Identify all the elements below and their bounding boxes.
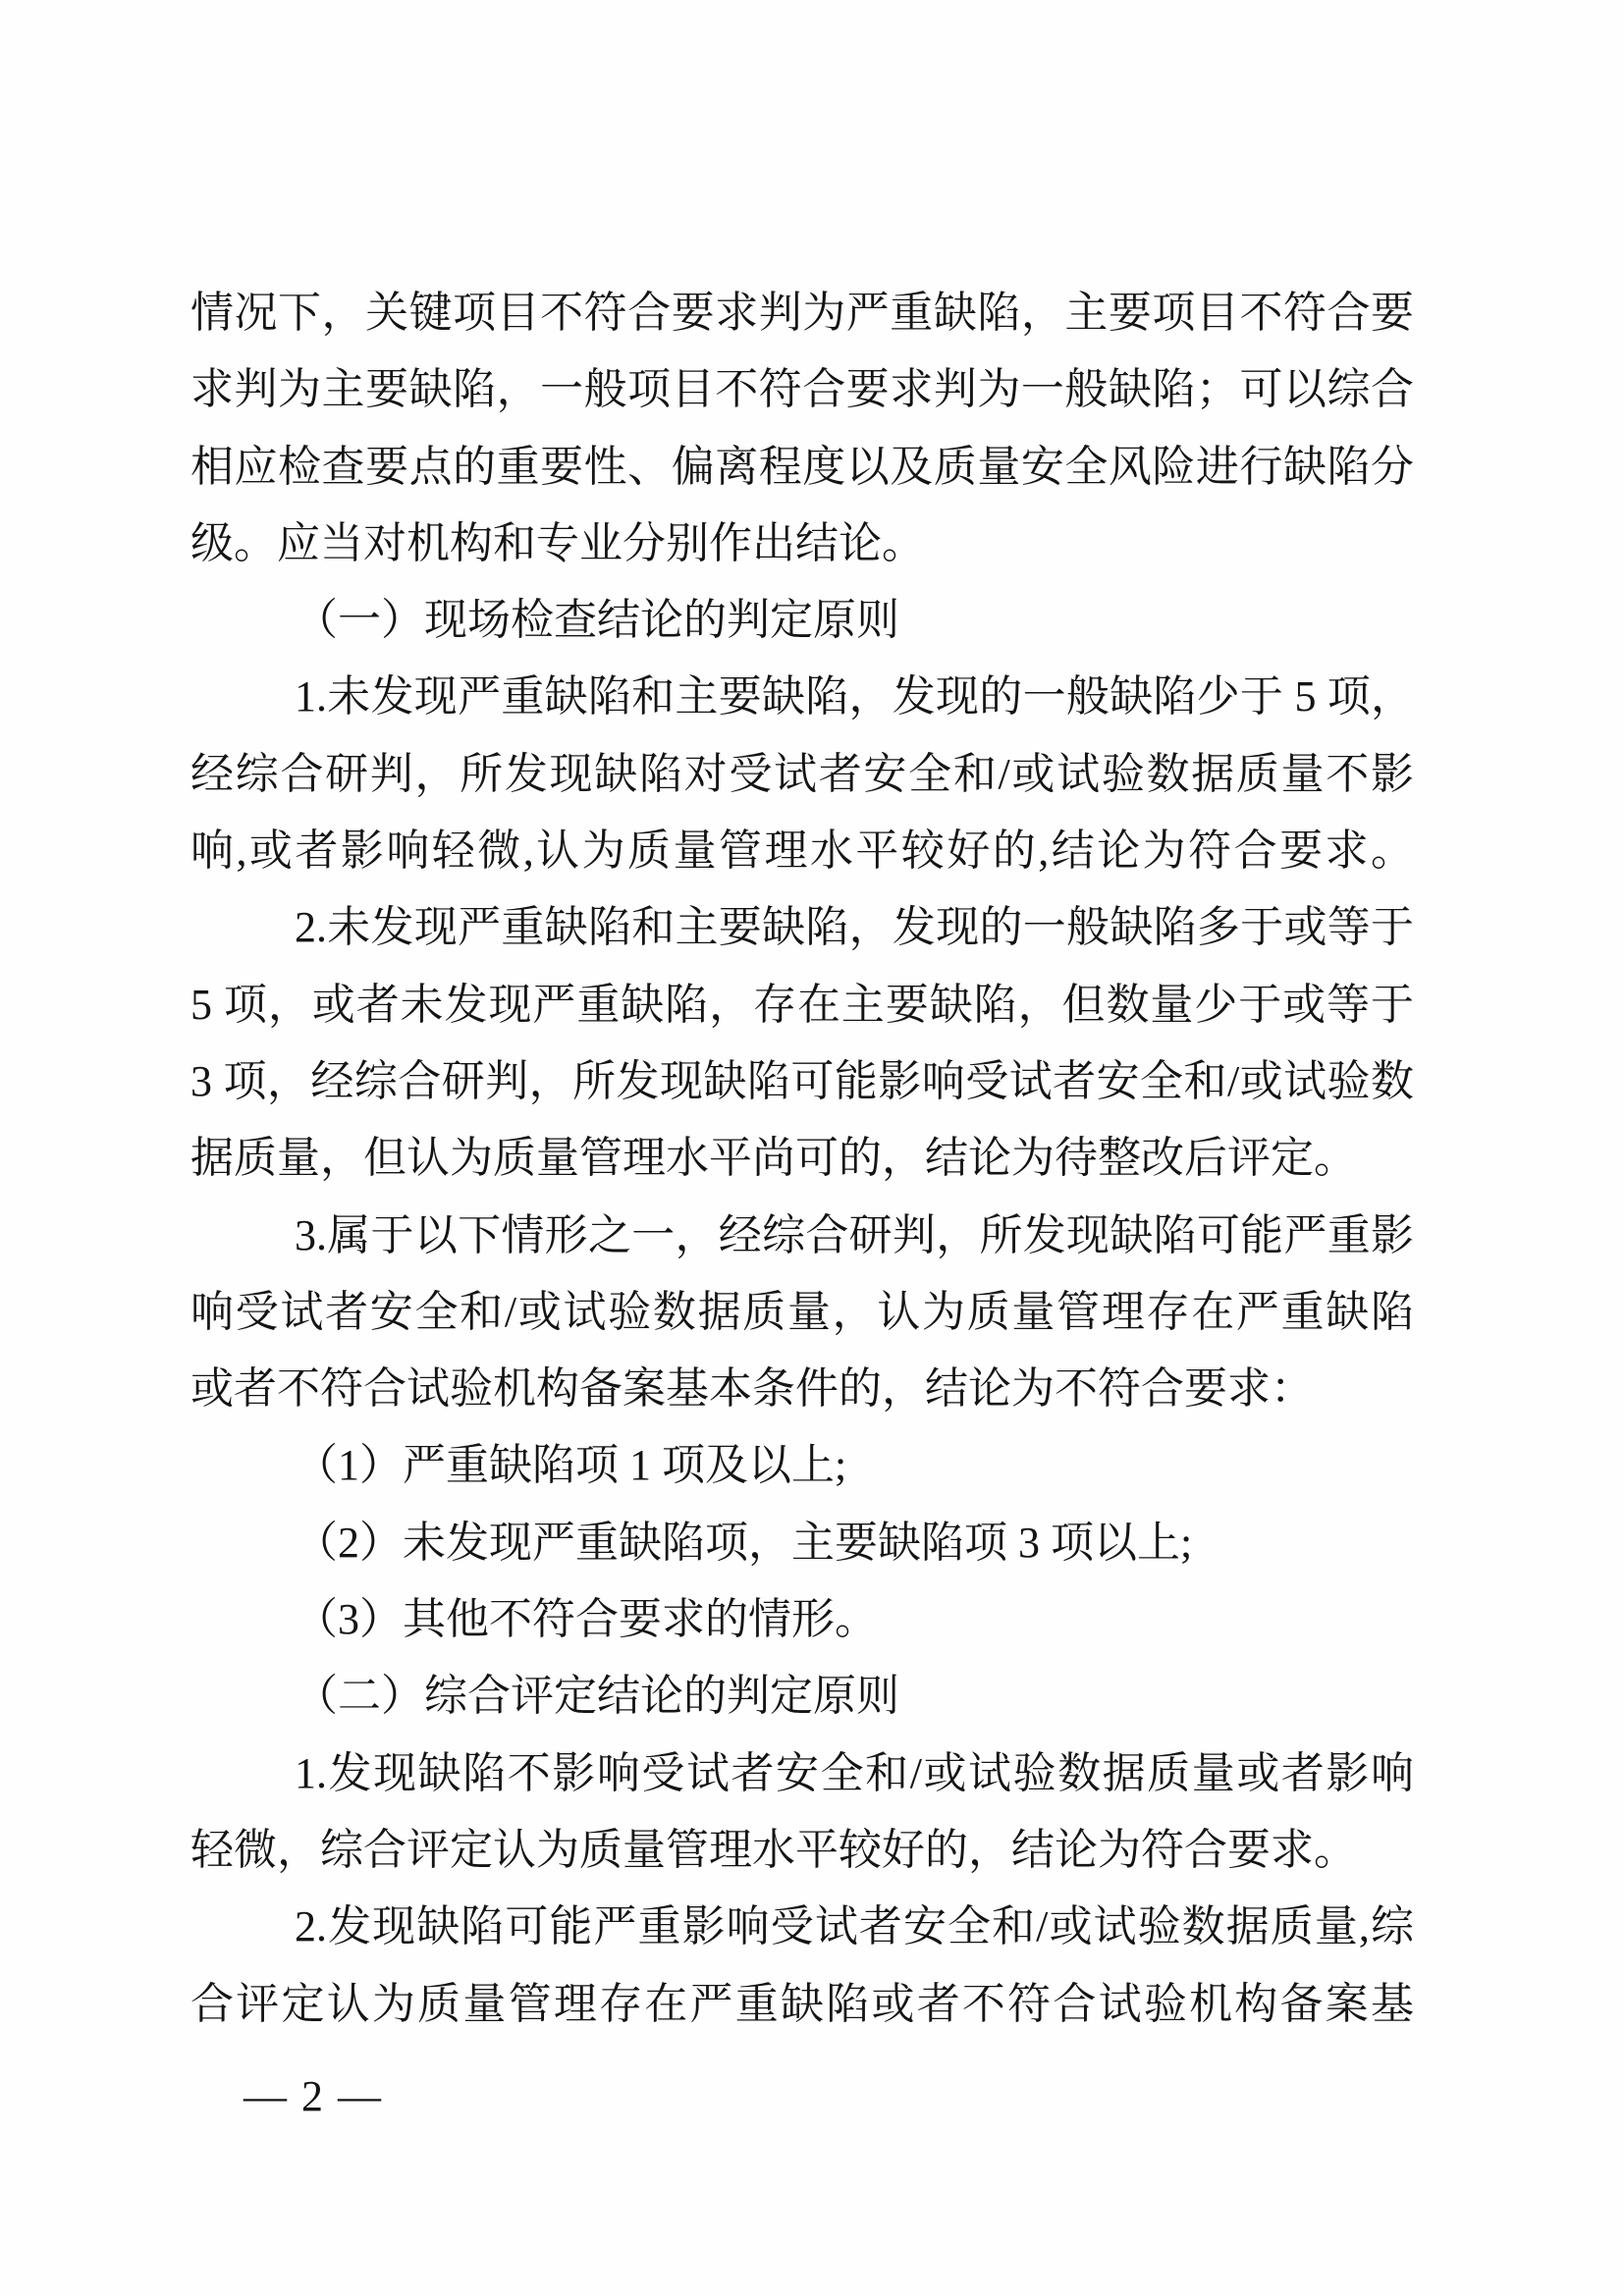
list-item: （3）其他不符合要求的情形。 bbox=[190, 1581, 1414, 1658]
text-line: 3 项，经综合研判，所发现缺陷可能影响受试者安全和/或试验数 bbox=[190, 1043, 1414, 1120]
text-line: 1.未发现严重缺陷和主要缺陷，发现的一般缺陷少于 5 项， bbox=[190, 659, 1414, 735]
section-heading: （一）现场检查结论的判定原则 bbox=[190, 582, 1414, 659]
text-line: 相应检查要点的重要性、偏离程度以及质量安全风险进行缺陷分 bbox=[190, 429, 1414, 506]
text-line: 1.发现缺陷不影响受试者安全和/或试验数据质量或者影响 bbox=[190, 1735, 1414, 1812]
page-number: — 2 — bbox=[244, 2067, 383, 2126]
section-heading: （二）综合评定结论的判定原则 bbox=[190, 1658, 1414, 1735]
document-body: 情况下，关键项目不符合要求判为严重缺陷，主要项目不符合要 求判为主要缺陷，一般项… bbox=[190, 275, 1414, 2043]
text-line: 5 项，或者未发现严重缺陷，存在主要缺陷，但数量少于或等于 bbox=[190, 967, 1414, 1043]
text-line: 2.未发现严重缺陷和主要缺陷，发现的一般缺陷多于或等于 bbox=[190, 889, 1414, 966]
text-line: 响,或者影响轻微,认为质量管理水平较好的,结论为符合要求。 bbox=[190, 813, 1414, 889]
document-page: 情况下，关键项目不符合要求判为严重缺陷，主要项目不符合要 求判为主要缺陷，一般项… bbox=[0, 0, 1624, 2296]
text-line: 或者不符合试验机构备案基本条件的，结论为不符合要求： bbox=[190, 1351, 1414, 1427]
text-line: 合评定认为质量管理存在严重缺陷或者不符合试验机构备案基 bbox=[190, 1966, 1414, 2043]
text-line: 2.发现缺陷可能严重影响受试者安全和/或试验数据质量,综 bbox=[190, 1889, 1414, 1965]
text-line: 轻微，综合评定认为质量管理水平较好的，结论为符合要求。 bbox=[190, 1812, 1414, 1889]
text-line: 级。应当对机构和专业分别作出结论。 bbox=[190, 506, 1414, 582]
text-line: 经综合研判，所发现缺陷对受试者安全和/或试验数据质量不影 bbox=[190, 736, 1414, 813]
text-line: 3.属于以下情形之一，经综合研判，所发现缺陷可能严重影 bbox=[190, 1198, 1414, 1274]
text-line: 据质量，但认为质量管理水平尚可的，结论为待整改后评定。 bbox=[190, 1120, 1414, 1197]
page-number-label: — 2 — bbox=[244, 2072, 383, 2120]
list-item: （2）未发现严重缺陷项，主要缺陷项 3 项以上; bbox=[190, 1505, 1414, 1581]
text-line: 响受试者安全和/或试验数据质量，认为质量管理存在严重缺陷 bbox=[190, 1274, 1414, 1351]
text-line: 情况下，关键项目不符合要求判为严重缺陷，主要项目不符合要 bbox=[190, 275, 1414, 351]
list-item: （1）严重缺陷项 1 项及以上; bbox=[190, 1427, 1414, 1504]
text-line: 求判为主要缺陷，一般项目不符合要求判为一般缺陷；可以综合 bbox=[190, 351, 1414, 428]
